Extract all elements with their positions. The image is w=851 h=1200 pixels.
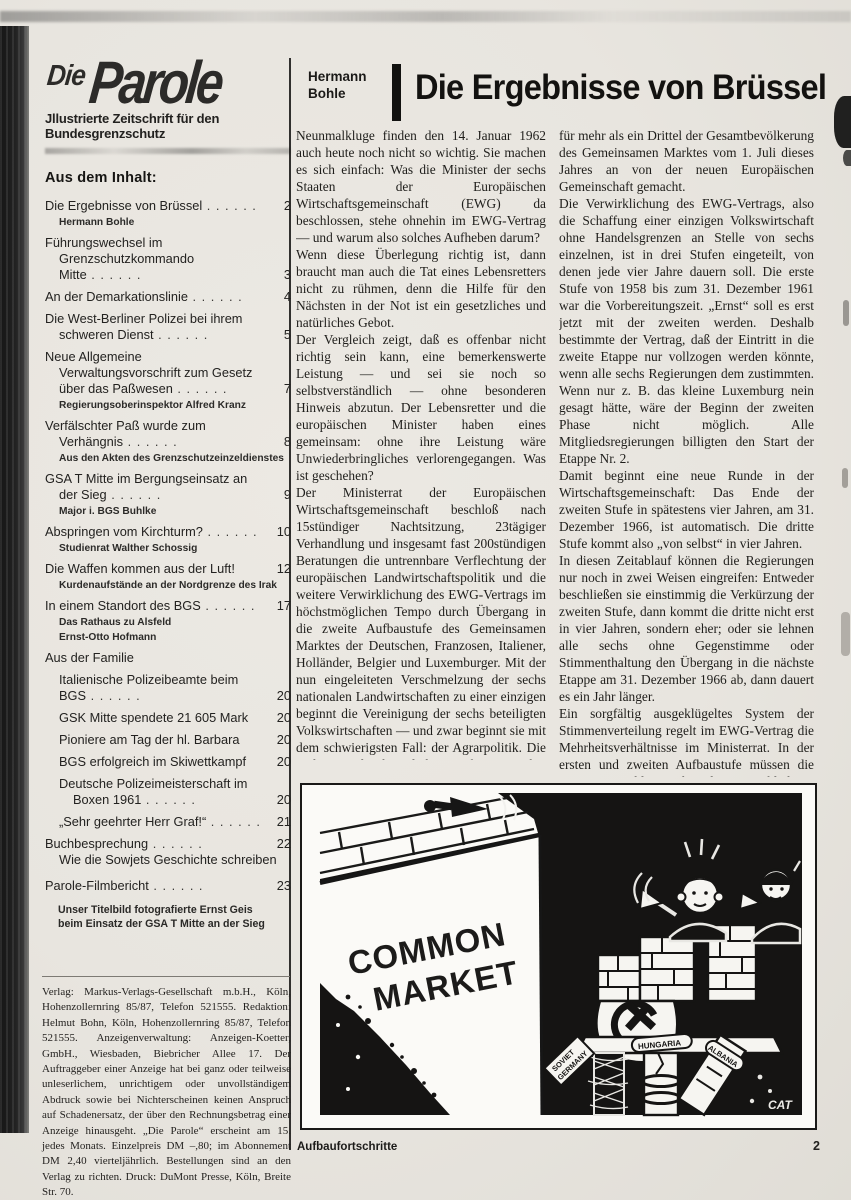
article-body: Neunmalkluge finden den 14. Januar 1962 …: [296, 127, 820, 777]
body-paragraph: Neunmalkluge finden den 14. Januar 1962 …: [296, 127, 546, 246]
toc-entry: Die Waffen kommen aus der Luft!12 Kurden…: [45, 561, 291, 592]
scan-corner-mark-small: [843, 150, 851, 166]
article-header: Hermann Bohle Die Ergebnisse von Brüssel: [296, 62, 826, 124]
author-line-1: Hermann: [308, 68, 367, 85]
article-title: Die Ergebnisse von Brüssel: [415, 68, 826, 108]
logo-die: Die: [45, 60, 86, 93]
toc-entry-title: Buchbesprechung: [45, 836, 203, 852]
masthead-underline-smudge: [45, 148, 290, 154]
toc-heading: Aus dem Inhalt:: [45, 170, 291, 186]
imprint-divider-rule: [42, 976, 290, 977]
scan-edge-smudge: [841, 612, 850, 656]
body-paragraph: Die Verwirklichung des EWG-Vertrags, als…: [559, 195, 814, 467]
toc-entry-page: 21: [269, 814, 291, 830]
cartoon-column-soviet: [588, 1053, 628, 1115]
toc-entry-page: 4: [269, 289, 291, 305]
toc-entry-title: Die West-Berliner Polizei bei ihrem schw…: [45, 311, 263, 343]
toc-entry-title: BGS erfolgreich im Skiwettkampf: [59, 754, 246, 770]
page-number: 2: [796, 1139, 820, 1153]
scan-corner-mark: [834, 96, 851, 148]
toc-entry-page: 20: [269, 754, 291, 770]
toc-entry: Abspringen vom Kirchturm?10 Studienrat W…: [45, 524, 291, 555]
toc-entry-title: „Sehr geehrter Herr Graf!“: [59, 814, 261, 830]
cartoon-frame: COMMON MARKET: [300, 783, 817, 1130]
toc-entry-page: 20: [269, 732, 291, 748]
body-paragraph: In diesen Zeitablauf können die Regierun…: [559, 552, 814, 705]
toc-entry-page: 20: [269, 688, 291, 704]
article-column-1: Neunmalkluge finden den 14. Januar 1962 …: [296, 127, 546, 760]
masthead: DieParole Jllustrierte Zeitschrift für d…: [45, 56, 290, 154]
body-paragraph: Damit beginnt eine neue Runde in der Wir…: [559, 467, 814, 552]
body-paragraph: Der Ministerrat der Europäischen Wirtsch…: [296, 484, 546, 760]
toc-entry-source: Das Rathaus zu Alsfeld: [59, 616, 291, 629]
toc-entry: An der Demarkationslinie4: [45, 289, 291, 305]
table-of-contents: Aus dem Inhalt: Die Ergebnisse von Brüss…: [45, 170, 291, 900]
toc-entry: Neue Allgemeine Verwaltungsvorschrift zu…: [45, 349, 291, 412]
imprint-text: Verlag: Markus-Verlags-Gesellschaft m.b.…: [42, 985, 291, 1200]
toc-entry: In einem Standort des BGS17 Das Rathaus …: [45, 598, 291, 644]
toc-entry-page: 17: [269, 598, 291, 614]
toc-entry-title: Die Ergebnisse von Brüssel: [45, 198, 257, 214]
toc-entry: Die West-Berliner Polizei bei ihrem schw…: [45, 311, 291, 343]
cartoon-column-hungaria: [642, 1053, 680, 1115]
toc-entry: Italienische Polizeibeamte beim BGS20: [59, 672, 291, 704]
cartoon-illustration: COMMON MARKET: [302, 785, 815, 1128]
article-author: Hermann Bohle: [308, 68, 367, 102]
scan-edge-smudge: [843, 300, 849, 326]
toc-entry: GSK Mitte spendete 21 605 Mark20: [59, 710, 291, 726]
toc-entry: Die Ergebnisse von Brüssel2 Hermann Bohl…: [45, 198, 291, 229]
toc-entry-title: Führungswechsel im Grenzschutzkommando M…: [45, 235, 263, 283]
toc-entry: Parole-Filmbericht23: [45, 878, 291, 894]
toc-entry-page: 2: [269, 198, 291, 214]
toc-entry-title: Deutsche Polizeimeisterschaft im Boxen 1…: [59, 776, 263, 808]
toc-entry-title: Verfälschter Paß wurde zum Verhängnis: [45, 418, 263, 450]
toc-entry-title: In einem Standort des BGS: [45, 598, 255, 614]
toc-entry-page: 7: [269, 381, 291, 397]
toc-entry-source: Kurdenaufstände an der Nordgrenze des Ir…: [59, 579, 291, 592]
toc-section-heading: Aus der Familie: [45, 650, 291, 666]
toc-entry-page: 20: [269, 710, 291, 726]
toc-entry-page: 5: [269, 327, 291, 343]
toc-entry-title: Italienische Polizeibeamte beim BGS: [59, 672, 263, 704]
logo-parole: Parole: [87, 56, 223, 110]
toc-entry-page: 10: [269, 524, 291, 540]
magazine-logo: DieParole: [45, 56, 290, 110]
cartoon-caption: Aufbaufortschritte: [297, 1141, 397, 1153]
scan-edge-smudge: [842, 468, 848, 488]
toc-entry-page: 3: [269, 267, 291, 283]
toc-entry-page: 12: [269, 561, 291, 577]
toc-entry-page: 8: [269, 434, 291, 450]
body-paragraph: für mehr als ein Drittel der Gesamtbevöl…: [559, 127, 814, 195]
toc-entry-page: 22: [269, 836, 291, 852]
toc-entry-author: Regierungsoberinspektor Alfred Kranz: [59, 399, 291, 412]
toc-entry-page: 9: [269, 487, 291, 503]
toc-entry-title: An der Demarkationslinie: [45, 289, 243, 305]
toc-entry-author: Ernst-Otto Hofmann: [59, 631, 291, 644]
toc-entry: Verfälschter Paß wurde zum Verhängnis8 A…: [45, 418, 291, 465]
article-column-2: für mehr als ein Drittel der Gesamtbevöl…: [559, 127, 814, 777]
toc-entry-page: 23: [269, 878, 291, 894]
toc-entry: „Sehr geehrter Herr Graf!“21: [59, 814, 291, 830]
toc-entry: Pioniere am Tag der hl. Barbara20: [59, 732, 291, 748]
toc-entry-subtitle: Wie die Sowjets Geschichte schreiben: [59, 852, 291, 868]
toc-entry-title: Neue Allgemeine Verwaltungsvorschrift zu…: [45, 349, 263, 397]
toc-entry-title: Pioniere am Tag der hl. Barbara: [59, 732, 239, 748]
title-divider-bar: [392, 64, 401, 121]
magazine-page: DieParole Jllustrierte Zeitschrift für d…: [0, 0, 851, 1200]
author-line-2: Bohle: [308, 85, 367, 102]
toc-entry: GSA T Mitte im Bergungseinsatz an der Si…: [45, 471, 291, 518]
toc-entry-title: Parole-Filmbericht: [45, 878, 204, 894]
cover-photo-note: Unser Titelbild fotografierte Ernst Geis…: [58, 903, 273, 931]
cartoon-signature: CAT: [768, 1098, 793, 1112]
toc-entry-page: 20: [269, 792, 291, 808]
toc-entry-author: Hermann Bohle: [59, 216, 291, 229]
body-paragraph: Wenn diese Überlegung richtig ist, dann …: [296, 246, 546, 331]
body-paragraph: Ein sorgfältig ausgeklügeltes System der…: [559, 705, 814, 777]
body-paragraph: Der Vergleich zeigt, daß es offenbar nic…: [296, 331, 546, 484]
toc-entry-title: Die Waffen kommen aus der Luft!: [45, 561, 235, 577]
toc-entry-title: GSA T Mitte im Bergungseinsatz an der Si…: [45, 471, 263, 503]
toc-entry: BGS erfolgreich im Skiwettkampf20: [59, 754, 291, 770]
toc-entry-source: Aus den Akten des Grenzschutzeinzeldiens…: [59, 452, 291, 465]
toc-entry: Führungswechsel im Grenzschutzkommando M…: [45, 235, 291, 283]
toc-entry-title: Abspringen vom Kirchturm?: [45, 524, 258, 540]
scan-top-smudge: [0, 11, 851, 22]
toc-entry-author: Major i. BGS Buhlke: [59, 505, 291, 518]
toc-entry: Deutsche Polizeimeisterschaft im Boxen 1…: [59, 776, 291, 808]
toc-entry-author: Studienrat Walther Schossig: [59, 542, 291, 555]
toc-entry: Buchbesprechung22 Wie die Sowjets Geschi…: [45, 836, 291, 868]
toc-entry-title: GSK Mitte spendete 21 605 Mark: [59, 710, 248, 726]
scan-gutter-bar: [0, 26, 29, 1133]
